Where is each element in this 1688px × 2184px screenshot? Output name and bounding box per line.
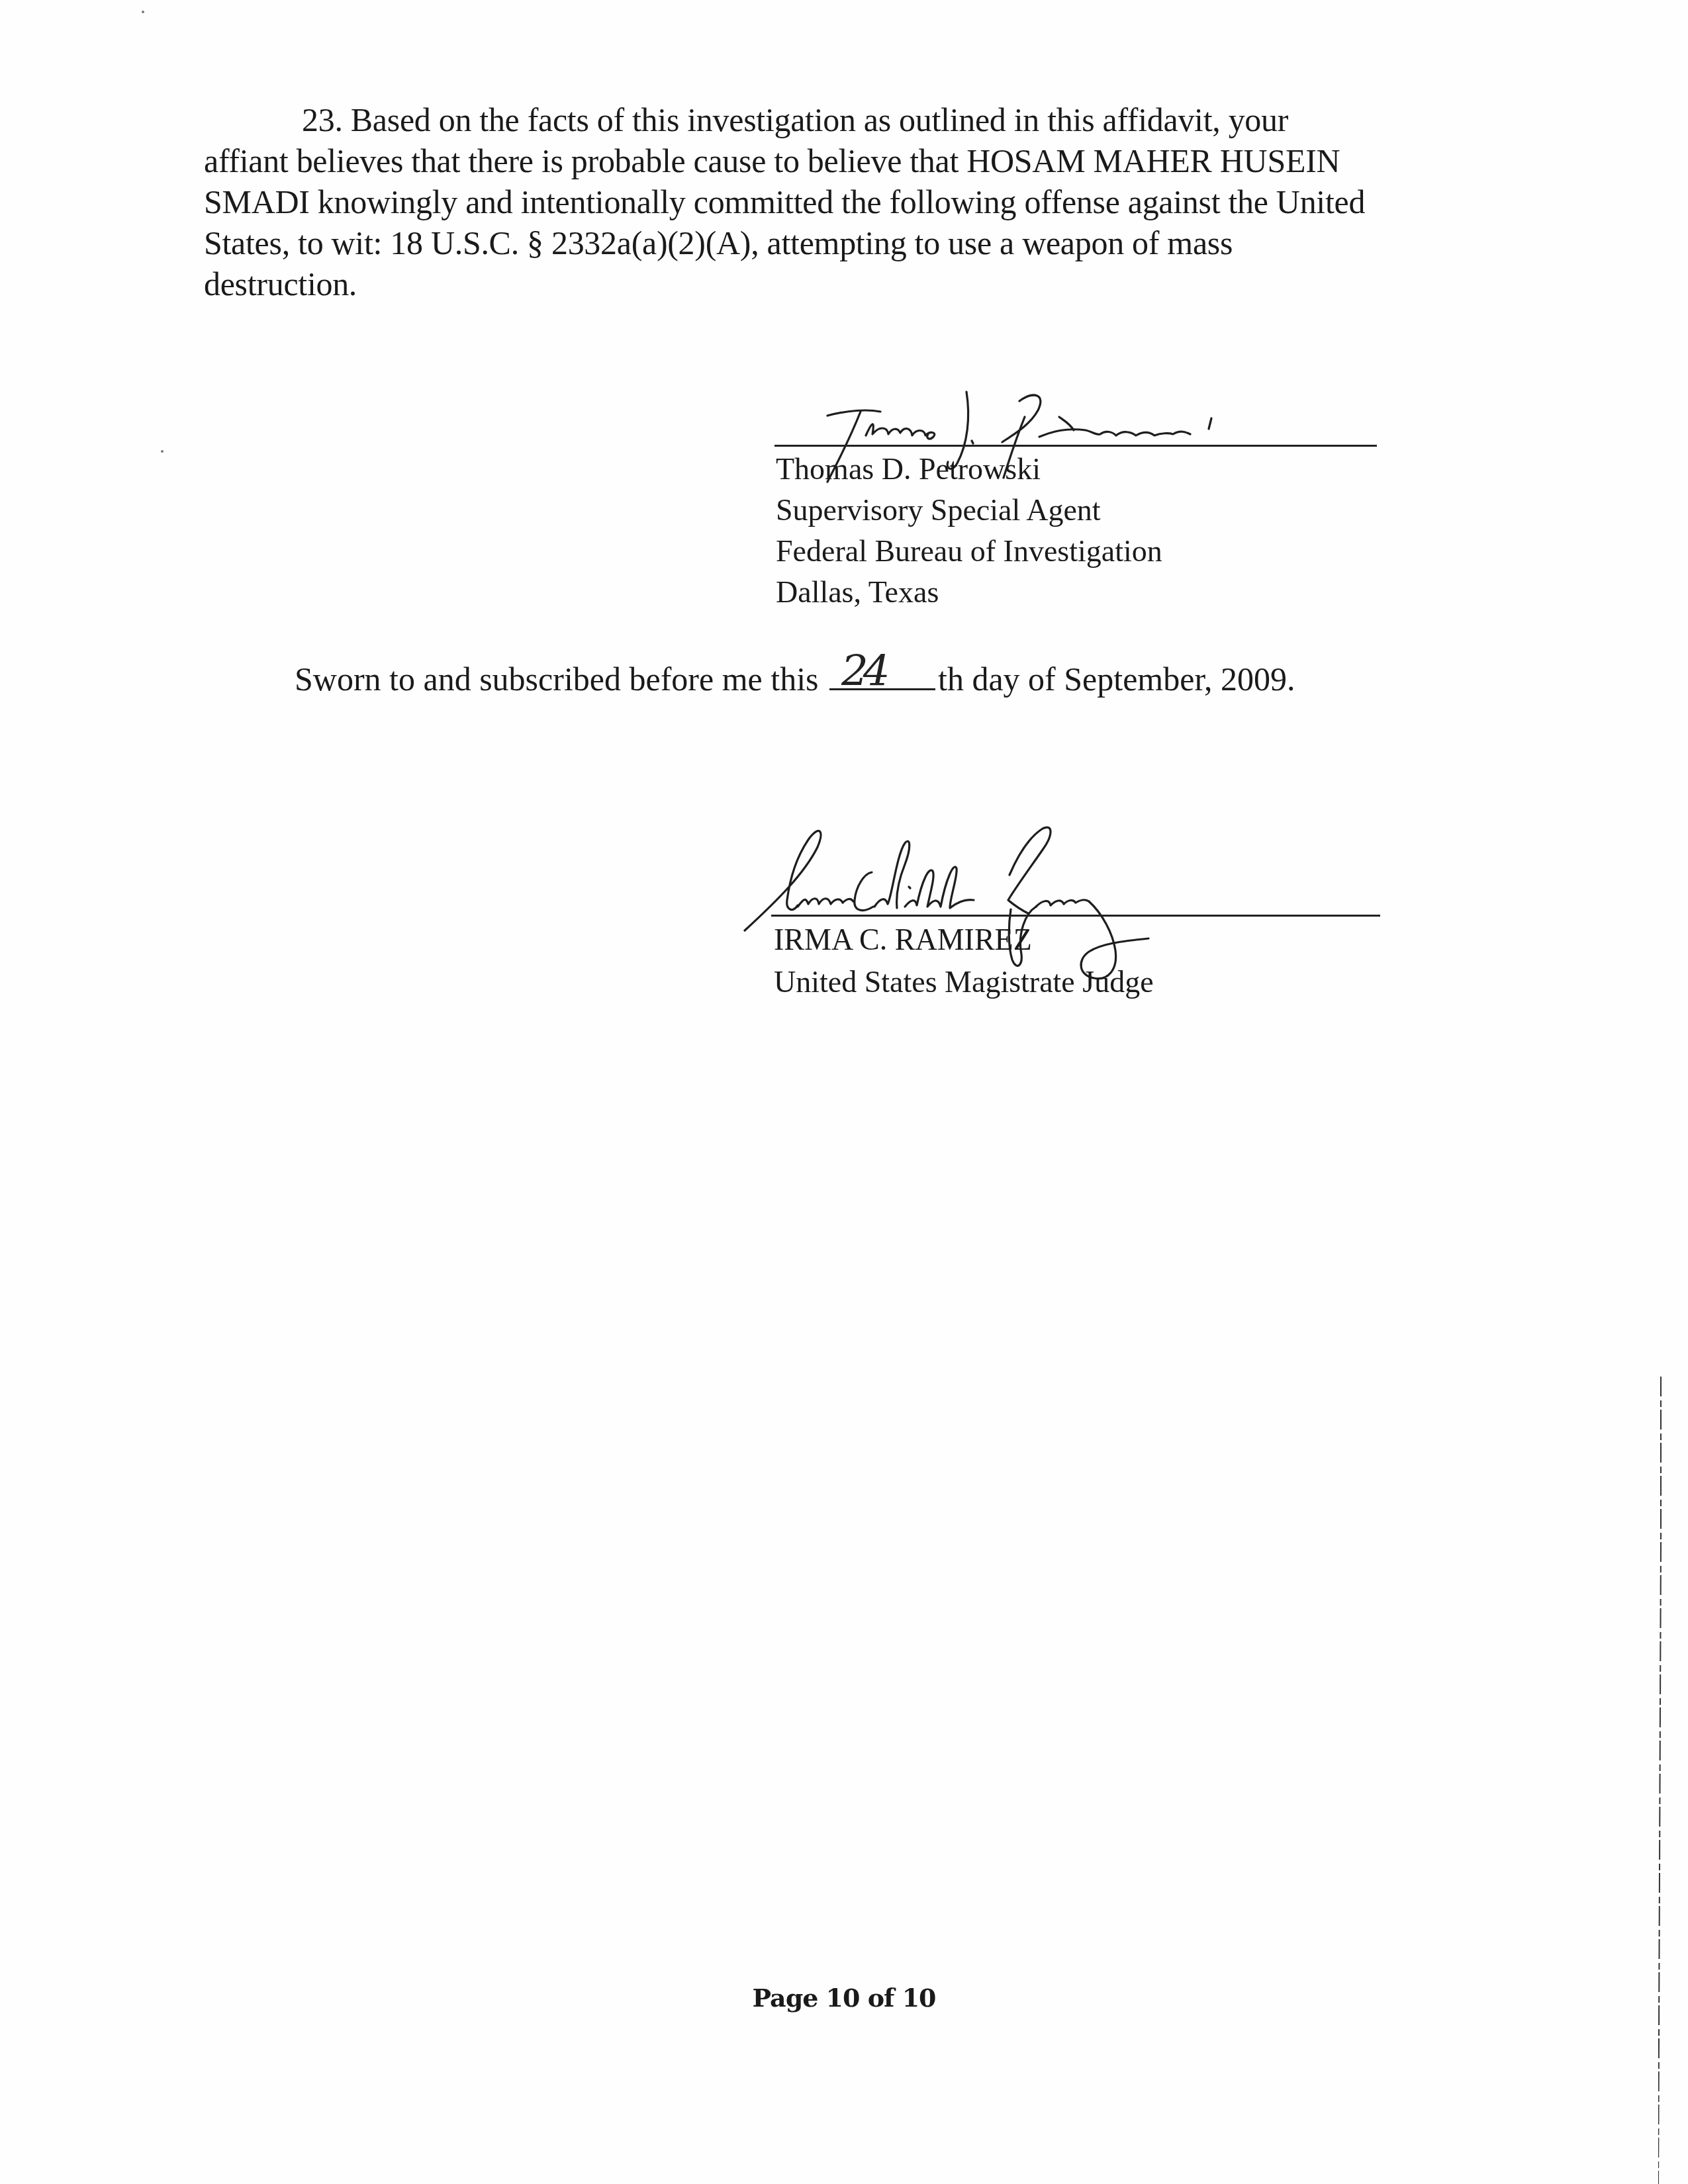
paragraph-line: affiant believes that there is probable … [204,140,1462,181]
judge-title: United States Magistrate Judge [774,961,1154,1003]
affiant-title: Supervisory Special Agent [776,490,1162,531]
paragraph-23: 23. Based on the facts of this investiga… [204,99,1462,304]
sworn-suffix: th day of September, 2009. [938,660,1295,698]
sworn-prefix: Sworn to and subscribed before me this [295,660,819,698]
judge-name: IRMA C. RAMIREZ [774,919,1154,961]
sworn-day-handwritten: 24 [841,651,884,692]
paragraph-line: destruction. [204,263,1462,304]
page-number: Page 10 of 10 [0,1983,1688,2013]
affiant-location: Dallas, Texas [776,572,1162,613]
scan-speck [161,450,164,453]
affiant-name: Thomas D. Petrowski [776,449,1162,490]
paragraph-line: SMADI knowingly and intentionally commit… [204,181,1462,222]
sworn-day-field: 24 [829,655,935,690]
affiant-agency: Federal Bureau of Investigation [776,531,1162,572]
paragraph-line: States, to wit: 18 U.S.C. § 2332a(a)(2)(… [204,222,1462,263]
paragraph-line: 23. Based on the facts of this investiga… [204,99,1462,140]
scan-speck [142,11,144,13]
document-page: 23. Based on the facts of this investiga… [0,0,1688,2184]
affiant-signature-line [774,445,1377,447]
judge-signature-line [771,915,1380,917]
sworn-statement: Sworn to and subscribed before me this 2… [295,655,1295,700]
scan-edge-artifact [1658,1377,1662,2184]
